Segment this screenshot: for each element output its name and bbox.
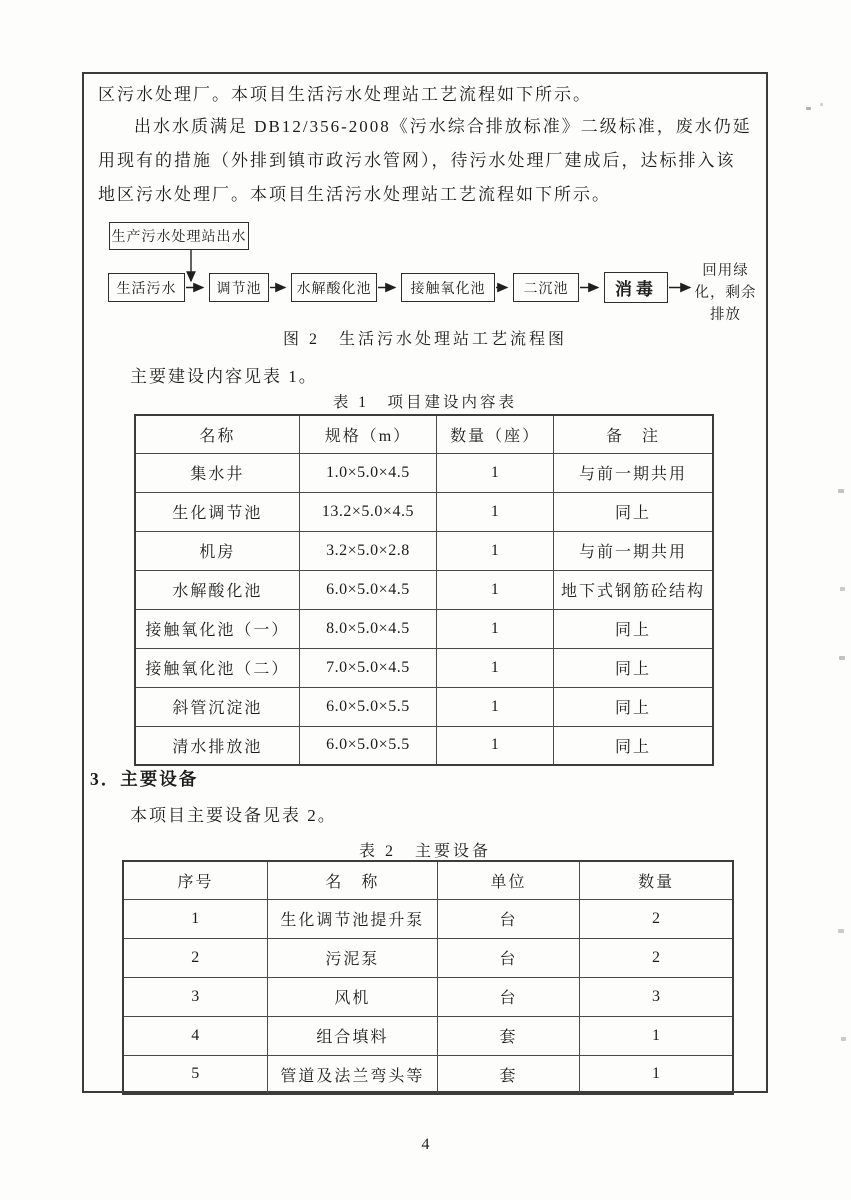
table-row: 5 管道及法兰弯头等 套 1 (123, 1055, 733, 1094)
scan-artifact (838, 929, 844, 933)
cell-quantity: 2 (580, 899, 733, 938)
col-header-spec: 规格（m） (299, 415, 437, 453)
col-header-quantity: 数量 (580, 861, 733, 899)
cell-quantity: 1 (580, 1055, 733, 1094)
cell-remarks: 与前一期共用 (553, 453, 713, 492)
flow-end-label-line: 化，剩余 (681, 282, 770, 304)
table-row: 接触氧化池（二） 7.0×5.0×4.5 1 同上 (135, 648, 713, 687)
table-1-caption: 表 1 项目建设内容表 (84, 390, 766, 412)
flow-end-label: 回用绿 化，剩余 排放 (681, 260, 770, 326)
table-row: 集水井 1.0×5.0×4.5 1 与前一期共用 (135, 453, 713, 492)
cell-name: 清水排放池 (135, 726, 299, 765)
table-row: 生化调节池 13.2×5.0×4.5 1 同上 (135, 492, 713, 531)
flow-end-label-line: 排放 (681, 304, 770, 326)
table-construction-content: 名称 规格（m） 数量（座） 备 注 集水井 1.0×5.0×4.5 1 与前一… (134, 414, 714, 766)
scan-artifact (841, 1037, 846, 1041)
cell-quantity: 1 (437, 726, 554, 765)
table-row: 接触氧化池（一） 8.0×5.0×4.5 1 同上 (135, 609, 713, 648)
cell-remarks: 与前一期共用 (553, 531, 713, 570)
flow-node-contact-oxidation-tank: 接触氧化池 (401, 273, 495, 302)
cell-index: 4 (123, 1016, 268, 1055)
flow-node-disinfection: 消毒 (604, 272, 668, 303)
cell-quantity: 1 (580, 1016, 733, 1055)
table-row: 机房 3.2×5.0×2.8 1 与前一期共用 (135, 531, 713, 570)
cell-name: 污泥泵 (268, 938, 438, 977)
cell-name: 风机 (268, 977, 438, 1016)
table-2-caption: 表 2 主要设备 (84, 838, 766, 861)
flow-node-production-outflow: 生产污水处理站出水 (109, 222, 249, 250)
table-row: 水解酸化池 6.0×5.0×4.5 1 地下式钢筋砼结构 (135, 570, 713, 609)
scan-artifact (839, 656, 845, 660)
cell-spec: 6.0×5.0×5.5 (299, 726, 437, 765)
col-header-remarks: 备 注 (553, 415, 713, 453)
cell-remarks: 同上 (553, 492, 713, 531)
flow-node-secondary-settling-tank: 二沉池 (513, 273, 579, 302)
cell-index: 3 (123, 977, 268, 1016)
cell-quantity: 1 (437, 609, 554, 648)
flow-node-hydrolysis-tank: 水解酸化池 (291, 273, 377, 302)
cell-quantity: 1 (437, 648, 554, 687)
table2-intro-text: 本项目主要设备见表 2。 (130, 801, 337, 826)
cell-quantity: 2 (580, 938, 733, 977)
cell-spec: 1.0×5.0×4.5 (299, 453, 437, 492)
cell-unit: 套 (437, 1016, 580, 1055)
cell-index: 1 (123, 899, 268, 938)
table1-intro-text: 主要建设内容见表 1。 (130, 362, 318, 387)
table-row: 3 风机 台 3 (123, 977, 733, 1016)
table-row: 4 组合填料 套 1 (123, 1016, 733, 1055)
table-row: 斜管沉淀池 6.0×5.0×5.5 1 同上 (135, 687, 713, 726)
cell-unit: 套 (437, 1055, 580, 1094)
cell-name: 生化调节池 (135, 492, 299, 531)
scanned-document-page: { "page": { "number": "4" }, "paragraphs… (0, 0, 851, 1200)
paragraph-line: 区污水处理厂。本项目生活污水处理站工艺流程如下所示。 (98, 80, 752, 110)
cell-quantity: 1 (437, 531, 554, 570)
cell-name: 集水井 (135, 453, 299, 492)
cell-name: 水解酸化池 (135, 570, 299, 609)
table-row: 2 污泥泵 台 2 (123, 938, 733, 977)
page-number: 4 (0, 1136, 851, 1154)
cell-remarks: 同上 (553, 648, 713, 687)
paragraph-line: 地区污水处理厂。本项目生活污水处理站工艺流程如下所示。 (98, 178, 752, 212)
cell-quantity: 3 (580, 977, 733, 1016)
body-text: 区污水处理厂。本项目生活污水处理站工艺流程如下所示。 出水水质满足 DB12/3… (98, 80, 752, 212)
cell-remarks: 同上 (553, 726, 713, 765)
scan-artifact (838, 489, 844, 493)
cell-spec: 13.2×5.0×4.5 (299, 492, 437, 531)
col-header-name: 名称 (135, 415, 299, 453)
col-header-unit: 单位 (437, 861, 580, 899)
scan-artifact (840, 587, 845, 591)
page-border-frame: 区污水处理厂。本项目生活污水处理站工艺流程如下所示。 出水水质满足 DB12/3… (82, 72, 768, 1093)
cell-unit: 台 (437, 899, 580, 938)
cell-index: 2 (123, 938, 268, 977)
cell-name: 机房 (135, 531, 299, 570)
paragraph-line: 用现有的措施（外排到镇市政污水管网），待污水处理厂建成后，达标排入该 (98, 144, 752, 178)
flow-node-regulating-tank: 调节池 (209, 273, 269, 302)
paragraph-line: 出水水质满足 DB12/356-2008《污水综合排放标准》二级标准，废水仍延 (98, 110, 752, 144)
cell-remarks: 地下式钢筋砼结构 (553, 570, 713, 609)
table-row: 清水排放池 6.0×5.0×5.5 1 同上 (135, 726, 713, 765)
cell-name: 生化调节池提升泵 (268, 899, 438, 938)
cell-remarks: 同上 (553, 609, 713, 648)
cell-spec: 7.0×5.0×4.5 (299, 648, 437, 687)
flow-end-label-line: 回用绿 (681, 260, 770, 282)
cell-name: 接触氧化池（二） (135, 648, 299, 687)
cell-index: 5 (123, 1055, 268, 1094)
cell-quantity: 1 (437, 453, 554, 492)
col-header-quantity: 数量（座） (437, 415, 554, 453)
cell-remarks: 同上 (553, 687, 713, 726)
cell-name: 管道及法兰弯头等 (268, 1055, 438, 1094)
section-3-heading: 3．主要设备 (90, 766, 198, 791)
scan-artifact (820, 103, 823, 106)
col-header-index: 序号 (123, 861, 268, 899)
cell-unit: 台 (437, 977, 580, 1016)
figure-2-caption: 图 2 生活污水处理站工艺流程图 (84, 326, 766, 349)
process-flow-diagram: 生产污水处理站出水 生活污水 调节池 水解酸化池 接触氧化池 二沉池 消毒 回用… (84, 212, 770, 332)
table-main-equipment: 序号 名 称 单位 数量 1 生化调节池提升泵 台 2 2 污泥泵 台 2 3 … (122, 860, 734, 1095)
flow-node-living-sewage: 生活污水 (108, 273, 185, 302)
cell-spec: 6.0×5.0×4.5 (299, 570, 437, 609)
table-header-row: 序号 名 称 单位 数量 (123, 861, 733, 899)
cell-name: 接触氧化池（一） (135, 609, 299, 648)
cell-quantity: 1 (437, 492, 554, 531)
table-row: 1 生化调节池提升泵 台 2 (123, 899, 733, 938)
scan-artifact (806, 107, 811, 110)
cell-name: 组合填料 (268, 1016, 438, 1055)
cell-name: 斜管沉淀池 (135, 687, 299, 726)
cell-spec: 8.0×5.0×4.5 (299, 609, 437, 648)
col-header-name: 名 称 (268, 861, 438, 899)
table-header-row: 名称 规格（m） 数量（座） 备 注 (135, 415, 713, 453)
cell-quantity: 1 (437, 570, 554, 609)
cell-spec: 6.0×5.0×5.5 (299, 687, 437, 726)
cell-quantity: 1 (437, 687, 554, 726)
cell-unit: 台 (437, 938, 580, 977)
cell-spec: 3.2×5.0×2.8 (299, 531, 437, 570)
